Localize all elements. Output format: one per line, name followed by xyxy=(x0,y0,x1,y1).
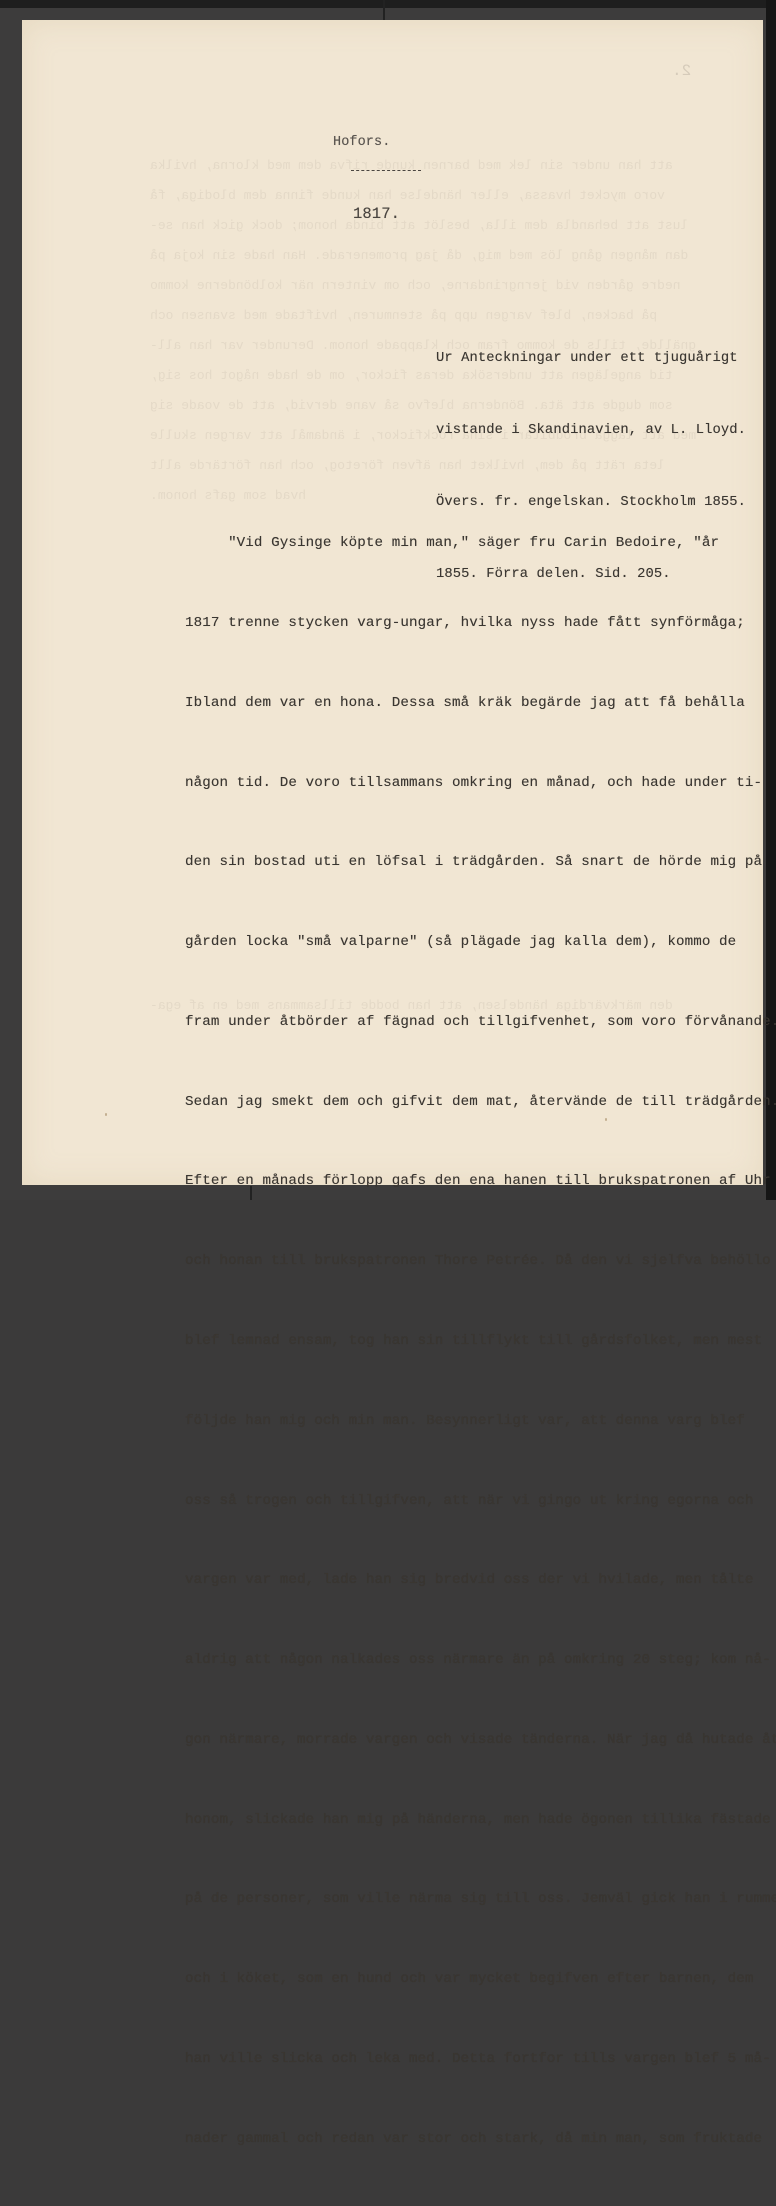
title-underline xyxy=(351,170,421,171)
body-line: Efter en månads förlopp gafs den ena han… xyxy=(185,1168,776,1195)
body-line: 1817 trenne stycken varg-ungar, hvilka n… xyxy=(185,610,776,637)
bleed-through-line: dan mången gång lös med mig, då jag prom… xyxy=(150,248,688,263)
page-title: Hofors. xyxy=(333,135,390,150)
paper-speck xyxy=(605,1118,607,1121)
body-line: någon tid. De voro tillsammans omkring e… xyxy=(185,770,776,797)
year-heading: 1817. xyxy=(353,205,400,223)
bleed-through-line: lust att behandla dem illa, beslöt att b… xyxy=(150,218,688,233)
body-line: Ibland dem var en hona. Dessa små kräk b… xyxy=(185,690,776,717)
scanner-seam-top xyxy=(383,0,385,20)
body-line: den sin bostad uti en löfsal i trädgårde… xyxy=(185,849,776,876)
body-line: fram under åtbörder af fägnad och tillgi… xyxy=(185,1009,776,1036)
body-paragraph: "Vid Gysinge köpte min man," säger fru C… xyxy=(185,477,776,1200)
citation-line: Ur Anteckningar under ett tjuguårigt xyxy=(436,347,746,371)
bleed-through-line: nedre gården vid jerngrindarne, och om v… xyxy=(150,278,681,293)
body-line: Sedan jag smekt dem och gifvit dem mat, … xyxy=(185,1089,776,1116)
bleed-through-line: voro mycket hvassa, eller händelse han k… xyxy=(150,188,665,203)
page-number-bleed-through: 2. xyxy=(672,62,691,80)
citation-line: vistande i Skandinavien, av L. Lloyd. xyxy=(436,419,746,443)
paper-speck xyxy=(105,1113,107,1116)
body-line: "Vid Gysinge köpte min man," säger fru C… xyxy=(185,530,776,557)
body-line: gården locka "små valparne" (så plägade … xyxy=(185,929,776,956)
manuscript-page: 2. att han under sin lek med barnen kund… xyxy=(22,20,763,1185)
scanner-top-edge xyxy=(0,0,776,8)
